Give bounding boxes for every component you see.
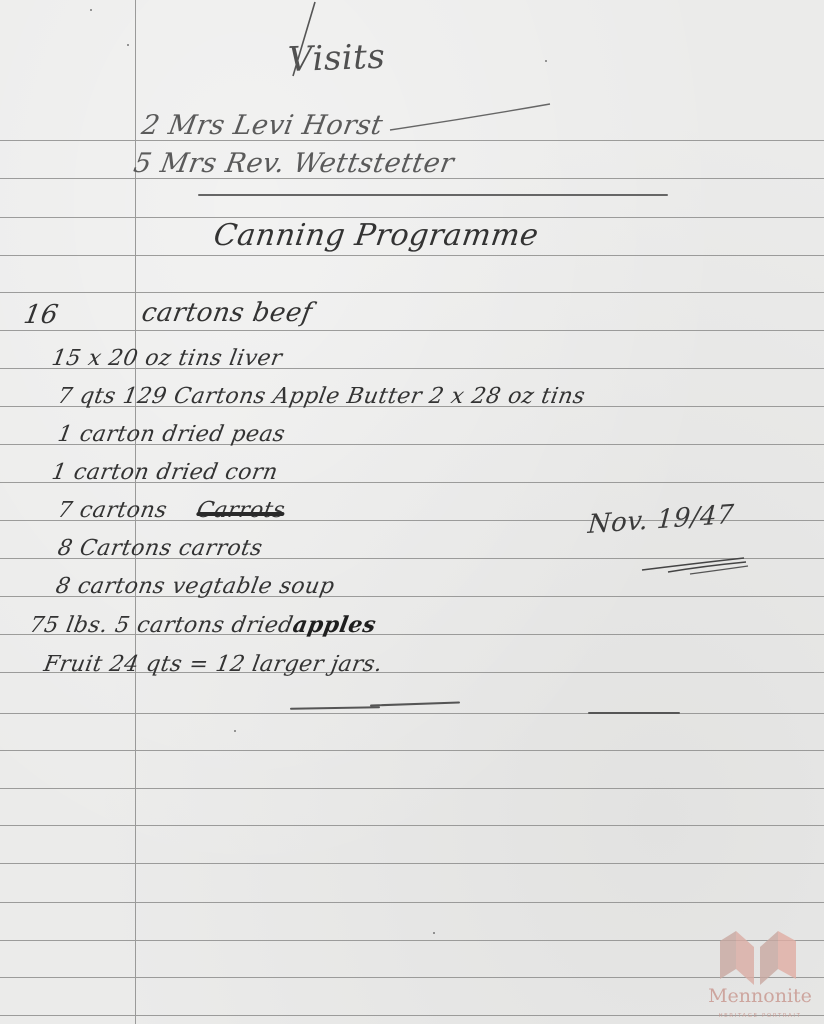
canning-item: 75 lbs. 5 cartons driedapples [28,612,378,638]
underline [290,706,380,709]
ruled-line [0,902,824,903]
underline [198,194,668,196]
ruled-line [0,255,824,256]
paper-speck [545,60,547,62]
date-note: Nov. 19/47 [587,500,735,540]
ruled-line [0,713,824,714]
ruled-line [0,750,824,751]
ruled-line [0,330,824,331]
underline [588,712,680,714]
struck-word: Carrots [195,498,287,523]
paper-speck [433,932,435,934]
ruled-line [0,788,824,789]
pen-stroke [380,100,560,140]
overwritten-word: apples [291,612,378,638]
canning-item: 8 Cartons carrots [56,536,265,561]
watermark-name: Mennonite [700,985,820,1007]
mennonite-watermark-logo: Mennonite HERITAGE PORTRAIT [700,925,824,1024]
pen-stroke [285,0,325,80]
paper-speck [127,44,129,46]
canning-item: 15 x 20 oz tins liver [50,346,284,371]
canning-heading: Canning Programme [212,218,541,253]
paper-speck [234,730,236,732]
visit-entry: 2 Mrs Levi Horst [139,110,385,141]
strikethrough [196,512,285,516]
canning-item: cartons beef [139,298,314,328]
visit-entry: 5 Mrs Rev. Wettstetter [131,148,456,179]
ruled-line [0,292,824,293]
underline [370,701,460,706]
canning-item-qty: 16 [21,300,60,330]
canning-item: Fruit 24 qts = 12 larger jars. [42,652,385,677]
canning-item: 8 cartons vegtable soup [54,574,337,599]
ruled-line [0,140,824,141]
canning-item-prefix: 7 cartons [56,498,169,523]
canning-item: 7 cartons Carrots [56,498,287,523]
canning-item: 1 carton dried peas [56,422,287,447]
heritage-portrait-icon [718,929,798,985]
date-underline [640,552,750,576]
canning-item: 1 carton dried corn [50,460,280,485]
notebook-page: Visits 2 Mrs Levi Horst 5 Mrs Rev. Wetts… [0,0,824,1024]
ruled-line [0,825,824,826]
paper-speck [90,9,92,11]
canning-item: 7 qts 129 Cartons Apple Butter 2 x 28 oz… [56,384,587,409]
ruled-line [0,863,824,864]
watermark-subtitle: HERITAGE PORTRAIT [700,1013,820,1019]
canning-item-prefix: 75 lbs. 5 cartons dried [28,613,296,638]
